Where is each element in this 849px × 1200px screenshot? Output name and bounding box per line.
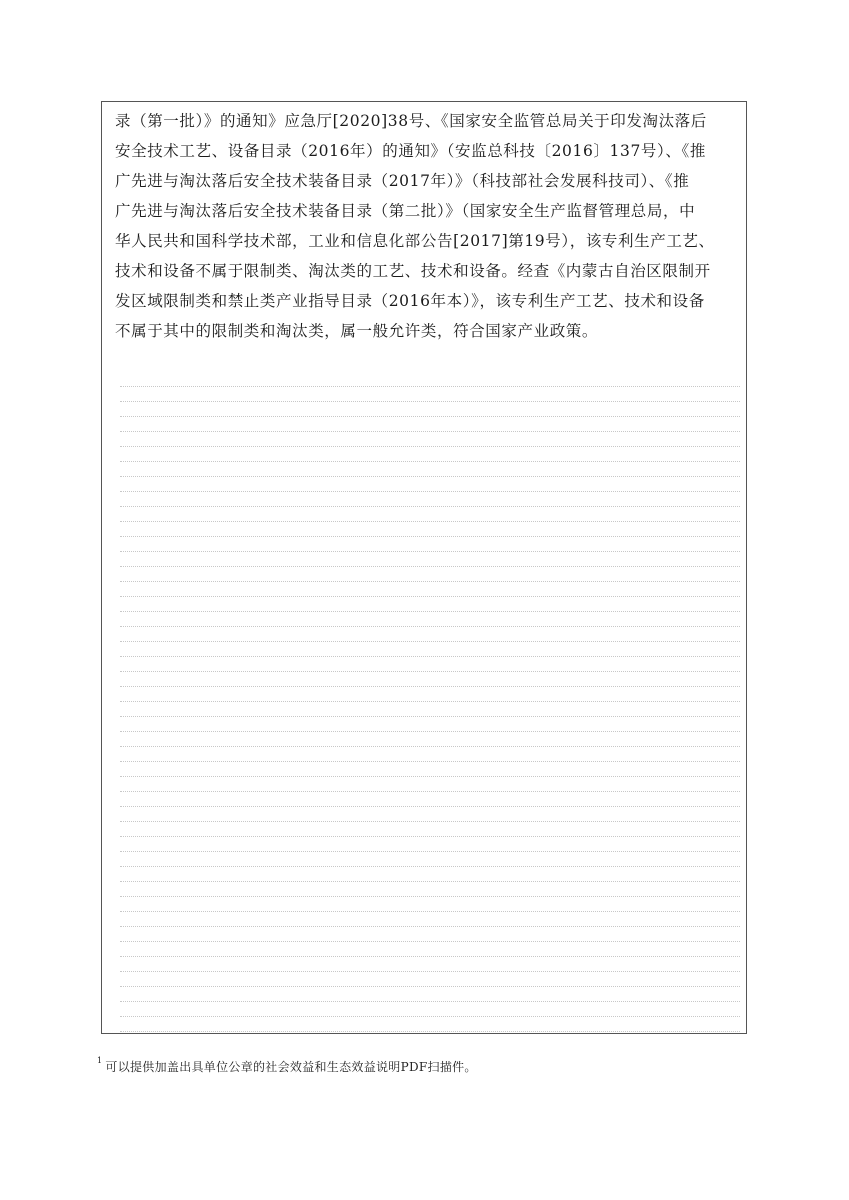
ruled-line bbox=[120, 402, 740, 417]
text-line: 不属于其中的限制类和淘汰类，属一般允许类，符合国家产业政策。 bbox=[115, 316, 737, 346]
text-line: 华人民共和国科学技术部，工业和信息化部公告[2017]第19号），该专利生产工艺… bbox=[115, 226, 737, 256]
ruled-line bbox=[120, 777, 740, 792]
ruled-line bbox=[120, 567, 740, 582]
ruled-line bbox=[120, 912, 740, 927]
ruled-line bbox=[120, 432, 740, 447]
content-box: 录（第一批）》的通知》应急厅[2020]38号、《国家安全监管总局关于印发淘汰落… bbox=[101, 101, 747, 1034]
ruled-line bbox=[120, 957, 740, 972]
ruled-line bbox=[120, 897, 740, 912]
ruled-line bbox=[120, 417, 740, 432]
ruled-line bbox=[120, 642, 740, 657]
ruled-line bbox=[120, 747, 740, 762]
body-text: 录（第一批）》的通知》应急厅[2020]38号、《国家安全监管总局关于印发淘汰落… bbox=[115, 106, 737, 346]
ruled-line bbox=[120, 672, 740, 687]
ruled-line bbox=[120, 537, 740, 552]
ruled-line bbox=[120, 1017, 740, 1032]
ruled-line bbox=[120, 552, 740, 567]
ruled-line bbox=[120, 807, 740, 822]
ruled-line bbox=[120, 837, 740, 852]
ruled-line bbox=[120, 792, 740, 807]
blank-ruled-area bbox=[120, 372, 740, 1025]
ruled-line bbox=[120, 582, 740, 597]
ruled-line bbox=[120, 597, 740, 612]
ruled-line bbox=[120, 1002, 740, 1017]
ruled-line bbox=[120, 522, 740, 537]
ruled-line bbox=[120, 942, 740, 957]
ruled-line bbox=[120, 372, 740, 387]
footnote-marker: 1 bbox=[97, 1056, 102, 1065]
text-line: 录（第一批）》的通知》应急厅[2020]38号、《国家安全监管总局关于印发淘汰落… bbox=[115, 106, 737, 136]
ruled-line bbox=[120, 492, 740, 507]
ruled-line bbox=[120, 852, 740, 867]
ruled-line bbox=[120, 702, 740, 717]
ruled-line bbox=[120, 762, 740, 777]
ruled-line bbox=[120, 927, 740, 942]
text-line: 广先进与淘汰落后安全技术装备目录（2017年）》（科技部社会发展科技司）、《推 bbox=[115, 166, 737, 196]
text-line: 广先进与淘汰落后安全技术装备目录（第二批）》（国家安全生产监督管理总局，中 bbox=[115, 196, 737, 226]
ruled-line bbox=[120, 972, 740, 987]
ruled-line bbox=[120, 627, 740, 642]
ruled-line bbox=[120, 447, 740, 462]
text-line: 技术和设备不属于限制类、淘汰类的工艺、技术和设备。经查《内蒙古自治区限制开 bbox=[115, 256, 737, 286]
ruled-line bbox=[120, 867, 740, 882]
ruled-line bbox=[120, 462, 740, 477]
ruled-line bbox=[120, 477, 740, 492]
ruled-line bbox=[120, 507, 740, 522]
text-line: 发区域限制类和禁止类产业指导目录（2016年本）》，该专利生产工艺、技术和设备 bbox=[115, 286, 737, 316]
ruled-line bbox=[120, 822, 740, 837]
ruled-line bbox=[120, 882, 740, 897]
ruled-line bbox=[120, 717, 740, 732]
footnote: 1可以提供加盖出具单位公章的社会效益和生态效益说明PDF扫描件。 bbox=[97, 1058, 477, 1075]
ruled-line bbox=[120, 732, 740, 747]
footnote-text: 可以提供加盖出具单位公章的社会效益和生态效益说明PDF扫描件。 bbox=[105, 1060, 476, 1074]
ruled-line bbox=[120, 657, 740, 672]
ruled-line bbox=[120, 987, 740, 1002]
ruled-line bbox=[120, 687, 740, 702]
ruled-line bbox=[120, 612, 740, 627]
ruled-line bbox=[120, 387, 740, 402]
text-line: 安全技术工艺、设备目录（2016年）的通知》（安监总科技〔2016〕137号）、… bbox=[115, 136, 737, 166]
